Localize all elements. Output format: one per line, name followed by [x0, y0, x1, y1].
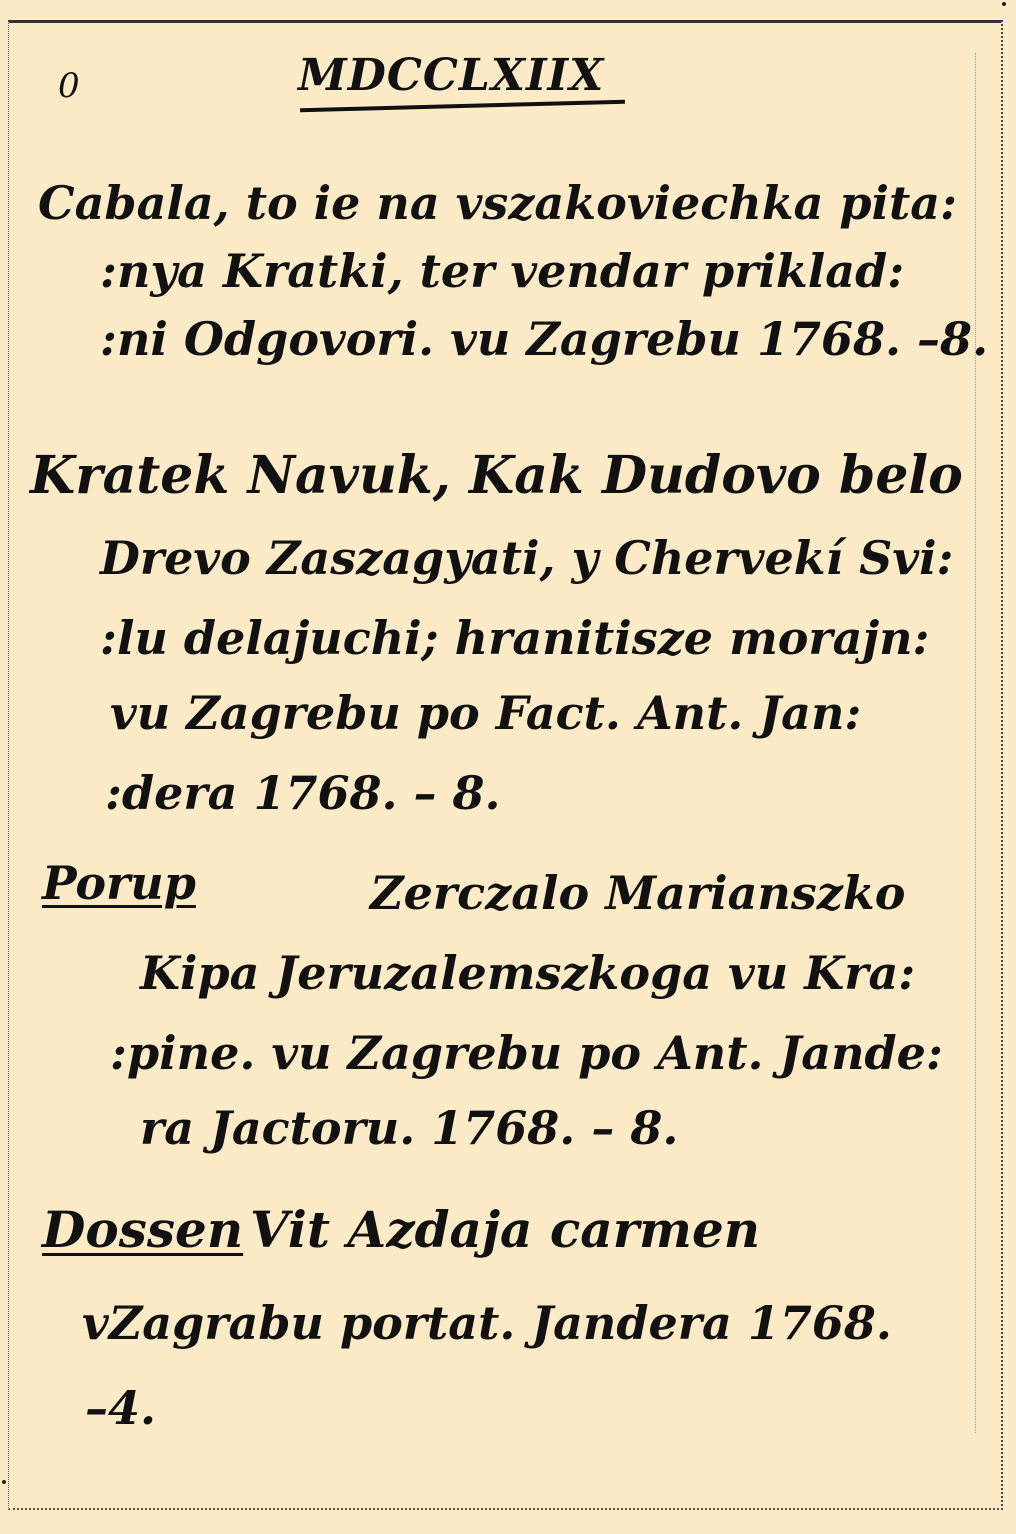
entry-line: Zerczalo Marianszko — [370, 870, 905, 916]
ink-speck — [2, 1480, 6, 1484]
entry-line: :ni Odgovori. vu Zagrebu 1768. –8. — [100, 316, 988, 362]
entry-author: Porup — [42, 860, 196, 906]
margin-rule — [975, 53, 977, 1433]
entry-line: :lu delajuchi; hranitisze morajn: — [100, 615, 930, 661]
entry-line: Kipa Jeruzalemszkoga vu Kra: — [140, 950, 915, 996]
entry-line: vZagrabu portat. Jandera 1768. — [82, 1300, 892, 1346]
year-heading: MDCCLXIIX — [298, 50, 604, 101]
entry-line: ra Jactoru. 1768. – 8. — [140, 1105, 678, 1151]
entry-line: Cabala, to ie na vszakoviechka pita: — [38, 180, 957, 226]
entry-line: :pine. vu Zagrebu po Ant. Jande: — [110, 1030, 943, 1076]
entry-line: Kratek Navuk, Kak Dudovo belo — [30, 450, 963, 502]
entry-line: Vit Azdaja carmen — [250, 1205, 760, 1255]
entry-line: :dera 1768. – 8. — [105, 770, 501, 816]
entry-line: vu Zagrebu po Fact. Ant. Jan: — [110, 690, 861, 736]
entry-line: Drevo Zaszagyati, y Chervekí Svi: — [100, 535, 954, 581]
ink-speck — [1002, 2, 1006, 6]
folio-mark: 0 — [58, 66, 80, 106]
entry-line: :nya Kratki, ter vendar priklad: — [100, 248, 904, 294]
entry-line: –4. — [85, 1385, 156, 1431]
entry-author: Dossen — [42, 1205, 243, 1255]
